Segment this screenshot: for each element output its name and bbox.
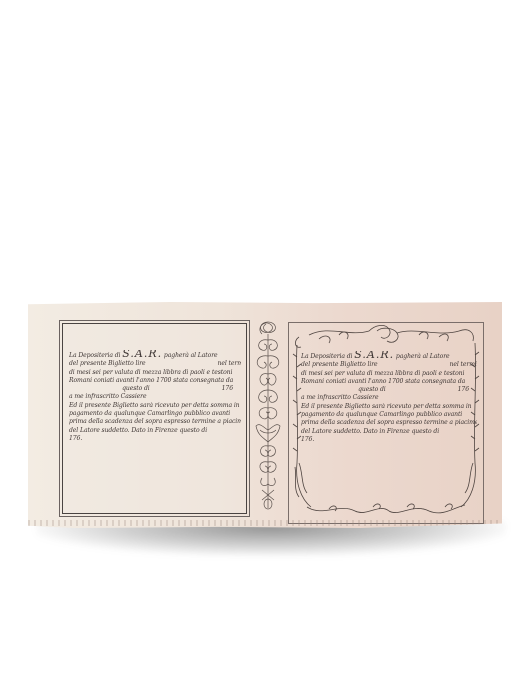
left-line-6: a me infrascritto Cassiere (69, 393, 241, 401)
left-line-7: Ed il presente Biglietto sarà ricevuto p… (69, 402, 241, 410)
left-line-2: del presente Biglietto lirenel termine (69, 360, 241, 368)
scroll-ornament-icon (250, 318, 286, 512)
document-sheet: La Depositeria di S.A.R. pagherà al Lato… (28, 302, 502, 528)
calligraphic-ornament-column (250, 318, 286, 512)
left-line-9: prima della scadenza del sopra espresso … (69, 418, 241, 426)
left-line-1: La Depositeria di S.A.R. pagherà al Lato… (69, 350, 241, 360)
text-fragment: 176 (458, 386, 469, 393)
issuer-initials: S.A.R. (354, 351, 394, 361)
right-line-3: di mesi sei per valuta di mezza libbra d… (301, 370, 477, 378)
right-line-7: Ed il presente Biglietto sarà ricevuto p… (301, 403, 477, 411)
right-line-4: Romani coniati avanti l'anno 1700 stata … (301, 378, 477, 386)
right-line-8: pagamento da qualunque Camarlingo pubbli… (301, 411, 477, 419)
text-fragment: pagherà al Latore (394, 353, 449, 360)
left-line-3: di mesi sei per valuta di mezza libbra d… (69, 369, 241, 377)
left-line-5: questo di176 (69, 385, 241, 393)
text-fragment: questo di (122, 385, 150, 392)
text-fragment: pagherà al Latore (162, 352, 217, 359)
text-fragment: del presente Biglietto lire (301, 361, 378, 368)
left-line-10: del Latore suddetto. Dato in Firenze que… (69, 427, 241, 435)
left-bill-text: La Depositeria di S.A.R. pagherà al Lato… (69, 350, 241, 443)
right-bill-panel: La Depositeria di S.A.R. pagherà al Lato… (288, 322, 484, 524)
left-line-11: 176. (69, 435, 241, 443)
text-fragment: La Depositeria di (69, 352, 122, 359)
right-line-6: a me infrascritto Cassiere (301, 394, 477, 402)
text-fragment: 176 (222, 385, 233, 392)
text-fragment: nel termine (218, 360, 241, 367)
issuer-initials: S.A.R. (122, 350, 162, 360)
right-line-2: del presente Biglietto lirenel termine (301, 361, 477, 369)
right-bill-text: La Depositeria di S.A.R. pagherà al Lato… (301, 351, 477, 444)
right-line-11: 176. (301, 436, 477, 444)
left-line-4: Romani coniati avanti l'anno 1700 stata … (69, 377, 241, 385)
right-line-1: La Depositeria di S.A.R. pagherà al Lato… (301, 351, 477, 361)
left-line-8: pagamento da qualunque Camarlingo pubbli… (69, 410, 241, 418)
text-fragment: La Depositeria di (301, 353, 354, 360)
right-line-5: questo di176 (301, 386, 477, 394)
left-bill-panel: La Depositeria di S.A.R. pagherà al Lato… (62, 323, 247, 514)
text-fragment: del presente Biglietto lire (69, 360, 146, 367)
right-line-9: prima della scadenza del sopra espresso … (301, 419, 477, 427)
text-fragment: nel termine (450, 361, 477, 368)
text-fragment: questo di (358, 386, 386, 393)
right-line-10: del Latore suddetto. Dato in Firenze que… (301, 428, 477, 436)
